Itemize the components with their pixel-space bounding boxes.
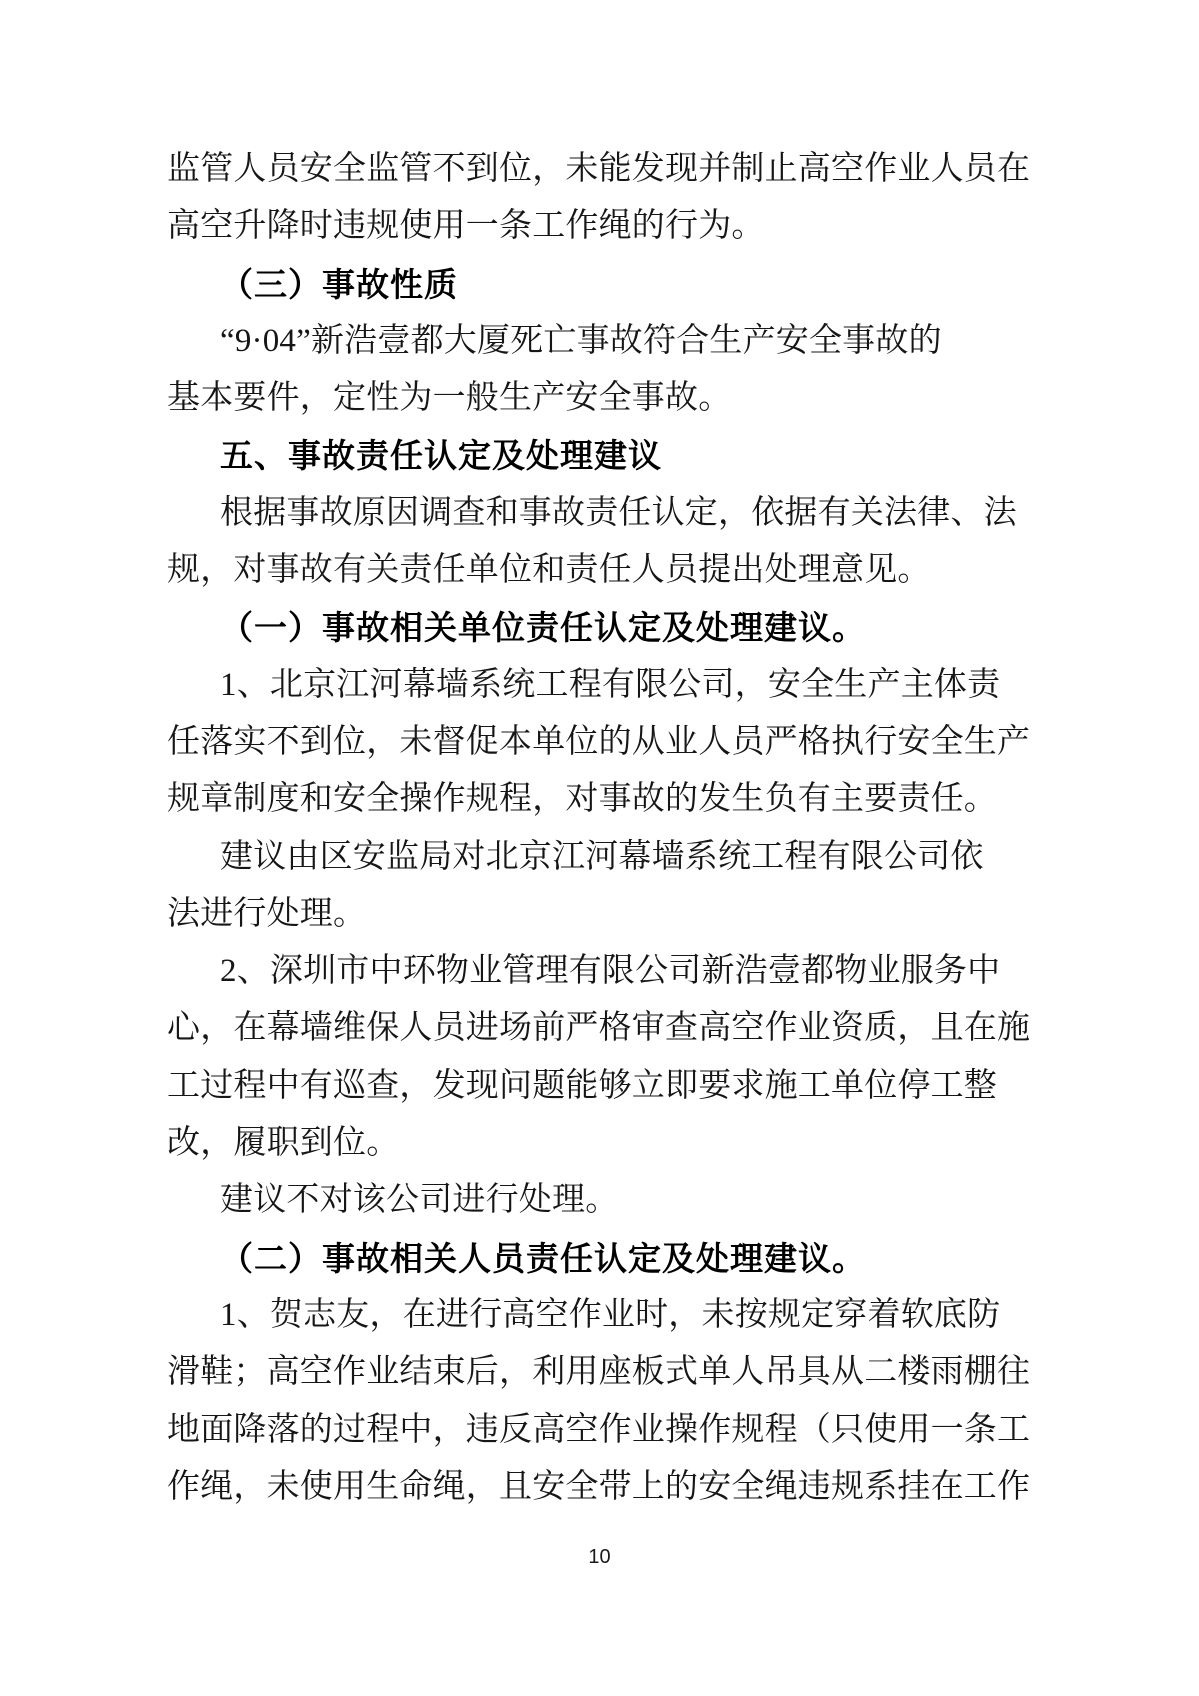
text-line: 改，履职到位。 — [167, 1115, 1037, 1172]
text-line: 监管人员安全监管不到位，未能发现并制止高空作业人员在 — [167, 141, 1037, 198]
heading-line: （一）事故相关单位责任认定及处理建议。 — [167, 599, 1037, 656]
text-line: 法进行处理。 — [167, 886, 1037, 943]
text-line: 滑鞋；高空作业结束后，利用座板式单人吊具从二楼雨棚往 — [167, 1344, 1037, 1401]
text-line: 任落实不到位，未督促本单位的从业人员严格执行安全生产 — [167, 714, 1037, 771]
text-line: 心，在幕墙维保人员进场前严格审查高空作业资质，且在施 — [167, 1000, 1037, 1057]
text-line: 2、深圳市中环物业管理有限公司新浩壹都物业服务中 — [167, 943, 1037, 1000]
document-page: 监管人员安全监管不到位，未能发现并制止高空作业人员在高空升降时违规使用一条工作绳… — [0, 0, 1199, 1696]
heading-line: （二）事故相关人员责任认定及处理建议。 — [167, 1230, 1037, 1287]
text-line: 1、贺志友，在进行高空作业时，未按规定穿着软底防 — [167, 1287, 1037, 1344]
text-line: 根据事故原因调查和事故责任认定，依据有关法律、法 — [167, 485, 1037, 542]
document-body: 监管人员安全监管不到位，未能发现并制止高空作业人员在高空升降时违规使用一条工作绳… — [167, 141, 1037, 1516]
heading-line: 五、事故责任认定及处理建议 — [167, 427, 1037, 484]
text-line: “9·04”新浩壹都大厦死亡事故符合生产安全事故的 — [167, 313, 1037, 370]
text-line: 规，对事故有关责任单位和责任人员提出处理意见。 — [167, 542, 1037, 599]
text-line: 作绳，未使用生命绳，且安全带上的安全绳违规系挂在工作 — [167, 1459, 1037, 1516]
text-line: 建议由区安监局对北京江河幕墙系统工程有限公司依 — [167, 829, 1037, 886]
page-number: 10 — [0, 1546, 1199, 1569]
text-line: 1、北京江河幕墙系统工程有限公司，安全生产主体责 — [167, 657, 1037, 714]
text-line: 规章制度和安全操作规程，对事故的发生负有主要责任。 — [167, 771, 1037, 828]
text-line: 高空升降时违规使用一条工作绳的行为。 — [167, 198, 1037, 255]
heading-line: （三）事故性质 — [167, 256, 1037, 313]
text-line: 建议不对该公司进行处理。 — [167, 1172, 1037, 1229]
text-line: 地面降落的过程中，违反高空作业操作规程（只使用一条工 — [167, 1402, 1037, 1459]
text-line: 工过程中有巡查，发现问题能够立即要求施工单位停工整 — [167, 1058, 1037, 1115]
text-line: 基本要件，定性为一般生产安全事故。 — [167, 370, 1037, 427]
